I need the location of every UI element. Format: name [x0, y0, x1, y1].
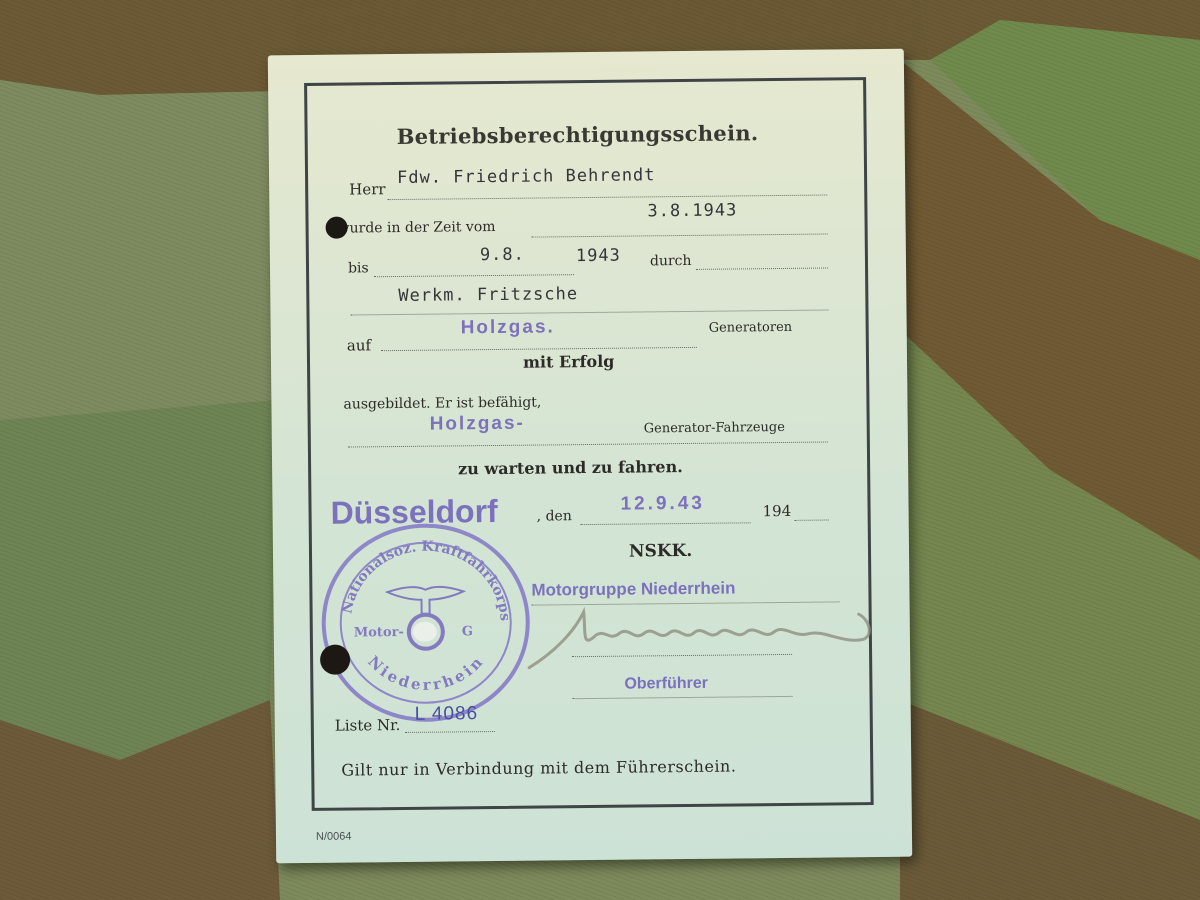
signature: [523, 589, 884, 673]
trainer-value: Werkm. Fritzsche: [398, 284, 578, 306]
punch-hole-center: [413, 622, 437, 642]
name-value: Fdw. Friedrich Behrendt: [397, 165, 656, 188]
den-label: , den: [537, 508, 572, 524]
date-from-value: 3.8.1943: [647, 200, 737, 221]
herr-label: Herr: [349, 180, 385, 198]
permit-document: Betriebsberechtigungsschein. Herr Fdw. F…: [268, 49, 912, 864]
date-to-year: 1943: [576, 246, 621, 266]
liste-value: L 4086: [415, 703, 479, 726]
org-label: NSKK.: [629, 541, 693, 562]
bis-label: bis: [348, 260, 369, 276]
generator-type-stamp-1: Holzgas.: [461, 316, 555, 339]
date-issue-stamp: 12.9.43: [620, 493, 705, 516]
nskk-seal-stamp: Nationalsoz. Kraftfahrkorps Niederrhein …: [321, 523, 531, 723]
warten-text: zu warten und zu fahren.: [458, 457, 683, 478]
ausgebildet-label: ausgebildet. Er ist befähigt,: [343, 395, 541, 413]
rank-stamp: Oberführer: [624, 675, 708, 694]
liste-label: Liste Nr.: [335, 716, 401, 735]
generatoren-label: Generatoren: [709, 320, 793, 336]
mit-erfolg-text: mit Erfolg: [523, 352, 615, 372]
durch-label: durch: [650, 253, 692, 269]
year-prefix: 194: [762, 502, 791, 520]
svg-text:Nationalsoz. Kraftfahrkorps: Nationalsoz. Kraftfahrkorps: [338, 538, 512, 624]
auf-label: auf: [347, 336, 371, 354]
document-title: Betriebsberechtigungsschein.: [397, 120, 759, 149]
punch-hole-top: [325, 217, 347, 239]
generator-type-stamp-2: Holzgas-: [430, 413, 525, 436]
punch-hole-bottom: [320, 645, 350, 675]
period-label: wurde in der Zeit vom: [338, 219, 496, 237]
svg-text:G: G: [462, 624, 473, 639]
fahrzeuge-label: Generator-Fahrzeuge: [644, 420, 785, 436]
form-number: N/0064: [316, 831, 352, 843]
date-to-day: 9.8.: [480, 245, 525, 265]
svg-text:Motor-: Motor-: [354, 625, 404, 641]
svg-text:Niederrhein: Niederrhein: [364, 651, 488, 694]
